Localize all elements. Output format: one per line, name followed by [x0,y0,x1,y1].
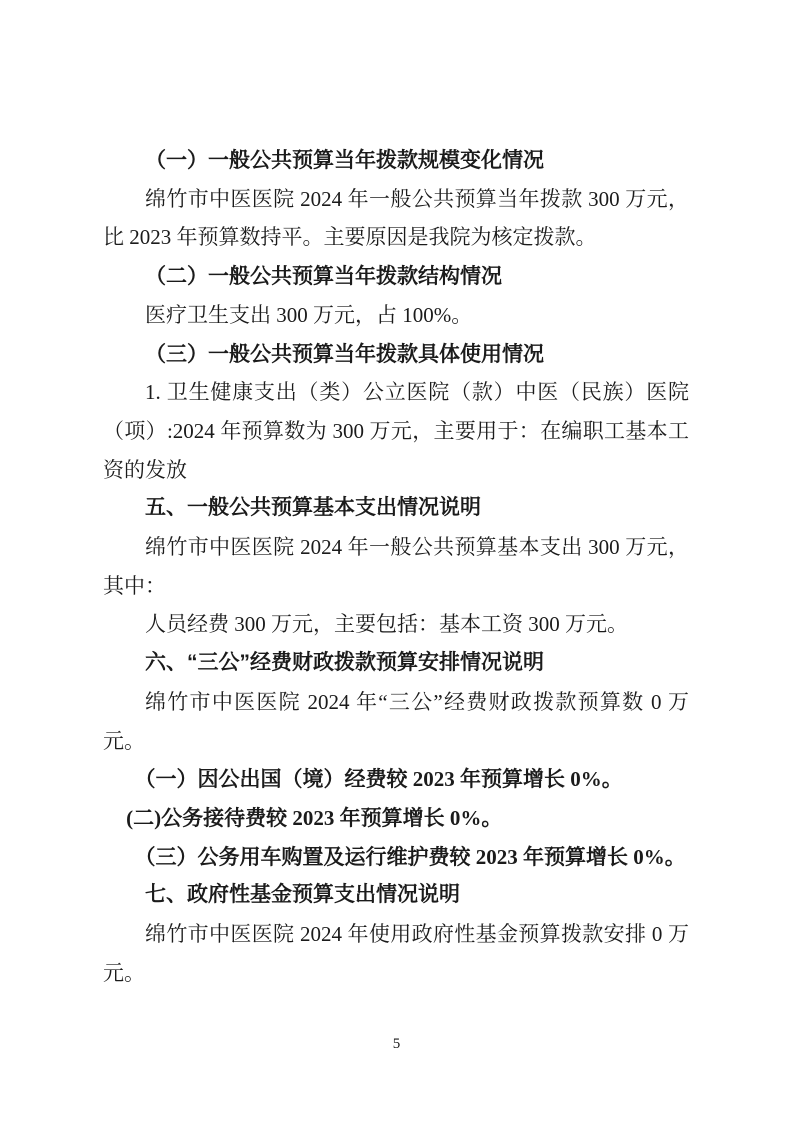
document-body: （一）一般公共预算当年拨款规模变化情况绵竹市中医医院 2024 年一般公共预算当… [103,141,689,992]
section-heading: （一）一般公共预算当年拨款规模变化情况 [103,141,689,180]
section-heading: 六、“三公”经费财政拨款预算安排情况说明 [103,644,689,683]
paragraph: 绵竹市中医医院 2024 年一般公共预算当年拨款 300 万元，比 2023 年… [103,180,689,257]
section-heading: （三）一般公共预算当年拨款具体使用情况 [103,335,689,374]
section-heading: （二）一般公共预算当年拨款结构情况 [103,257,689,296]
section-heading: 五、一般公共预算基本支出情况说明 [103,489,689,528]
section-heading: 七、政府性基金预算支出情况说明 [103,876,689,915]
paragraph: 绵竹市中医医院 2024 年使用政府性基金预算拨款安排 0 万元。 [103,915,689,992]
document-page: （一）一般公共预算当年拨款规模变化情况绵竹市中医医院 2024 年一般公共预算当… [0,0,793,1122]
paragraph: 1. 卫生健康支出（类）公立医院（款）中医（民族）医院（项）:2024 年预算数… [103,373,689,489]
page-number: 5 [0,1034,793,1054]
paragraph: 绵竹市中医医院 2024 年一般公共预算基本支出 300 万元，其中： [103,528,689,605]
section-heading: （一）因公出国（境）经费较 2023 年预算增长 0%。 [103,760,689,799]
paragraph: 人员经费 300 万元，主要包括：基本工资 300 万元。 [103,605,689,644]
section-heading: (二)公务接待费较 2023 年预算增长 0%。 [103,799,689,838]
paragraph: 绵竹市中医医院 2024 年“三公”经费财政拨款预算数 0 万元。 [103,683,689,760]
section-heading: （三）公务用车购置及运行维护费较 2023 年预算增长 0%。 [103,838,689,877]
paragraph: 医疗卫生支出 300 万元，占 100%。 [103,296,689,335]
